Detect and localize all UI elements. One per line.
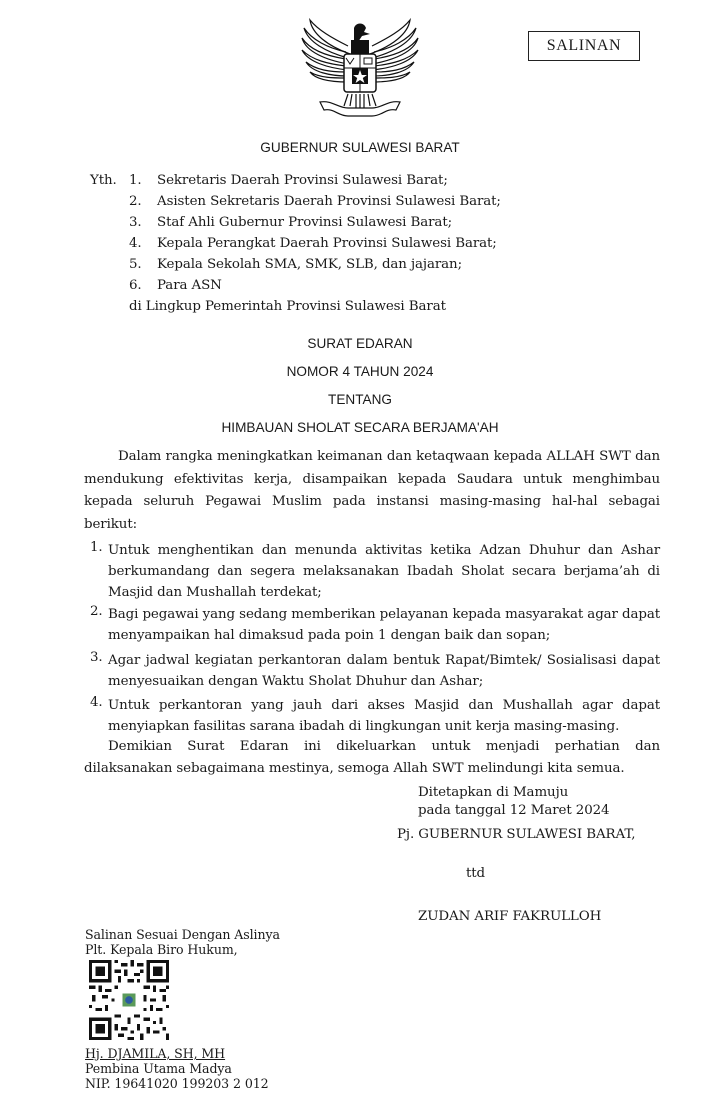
addressee-item: Kepala Sekolah SMA, SMK, SLB, dan jajara… bbox=[157, 257, 462, 272]
salinan-label: SALINAN bbox=[547, 37, 621, 55]
addressee-num: 5. bbox=[129, 257, 142, 272]
addressee-num: 4. bbox=[129, 236, 142, 251]
document-type: SURAT EDARAN bbox=[0, 336, 720, 351]
point-num: 1. bbox=[90, 540, 103, 555]
addressee-num: 1. bbox=[129, 173, 142, 188]
addressee-item: Para ASN bbox=[157, 278, 222, 293]
point-text: Untuk menghentikan dan menunda aktivitas… bbox=[108, 540, 660, 603]
addressee-item: Sekretaris Daerah Provinsi Sulawesi Bara… bbox=[157, 173, 448, 188]
addressee-scope: di Lingkup Pemerintah Provinsi Sulawesi … bbox=[129, 299, 446, 314]
signing-place: Ditetapkan di Mamuju bbox=[418, 785, 568, 800]
certifier-name: Hj. DJAMILA, SH, MH bbox=[85, 1046, 225, 1061]
point-num: 2. bbox=[90, 604, 103, 619]
garuda-emblem-icon bbox=[298, 16, 422, 126]
addressee-item: Kepala Perangkat Daerah Provinsi Sulawes… bbox=[157, 236, 497, 251]
document-subject: HIMBAUAN SHOLAT SECARA BERJAMA'AH bbox=[0, 420, 720, 435]
issuer-heading: GUBERNUR SULAWESI BARAT bbox=[0, 140, 720, 155]
addressee-item: Asisten Sekretaris Daerah Provinsi Sulaw… bbox=[157, 194, 501, 209]
qr-code-icon bbox=[89, 960, 169, 1040]
intro-paragraph: Dalam rangka meningkatkan keimanan dan k… bbox=[84, 446, 660, 536]
addressee-item: Staf Ahli Gubernur Provinsi Sulawesi Bar… bbox=[157, 215, 452, 230]
signing-date: pada tanggal 12 Maret 2024 bbox=[418, 803, 609, 818]
salinan-stamp: SALINAN bbox=[528, 31, 640, 61]
signer-name: ZUDAN ARIF FAKRULLOH bbox=[418, 909, 601, 924]
point-num: 4. bbox=[90, 695, 103, 710]
document-number: NOMOR 4 TAHUN 2024 bbox=[0, 364, 720, 379]
about-label: TENTANG bbox=[0, 392, 720, 407]
certifier-position: Plt. Kepala Biro Hukum, bbox=[85, 942, 238, 957]
addressee-num: 3. bbox=[129, 215, 142, 230]
point-num: 3. bbox=[90, 650, 103, 665]
signed-mark: ttd bbox=[466, 866, 485, 881]
certifier-nip: NIP. 19641020 199203 2 012 bbox=[85, 1076, 269, 1091]
certifier-rank: Pembina Utama Madya bbox=[85, 1061, 232, 1076]
signer-position: Pj. GUBERNUR SULAWESI BARAT, bbox=[397, 827, 635, 842]
certification-line: Salinan Sesuai Dengan Aslinya bbox=[85, 927, 280, 942]
addressee-num: 6. bbox=[129, 278, 142, 293]
addressee-prefix: Yth. bbox=[90, 173, 117, 188]
point-text: Untuk perkantoran yang jauh dari akses M… bbox=[108, 695, 660, 737]
point-text: Agar jadwal kegiatan perkantoran dalam b… bbox=[108, 650, 660, 692]
point-text: Bagi pegawai yang sedang memberikan pela… bbox=[108, 604, 660, 646]
addressee-num: 2. bbox=[129, 194, 142, 209]
closing-paragraph: Demikian Surat Edaran ini dikeluarkan un… bbox=[84, 736, 660, 780]
